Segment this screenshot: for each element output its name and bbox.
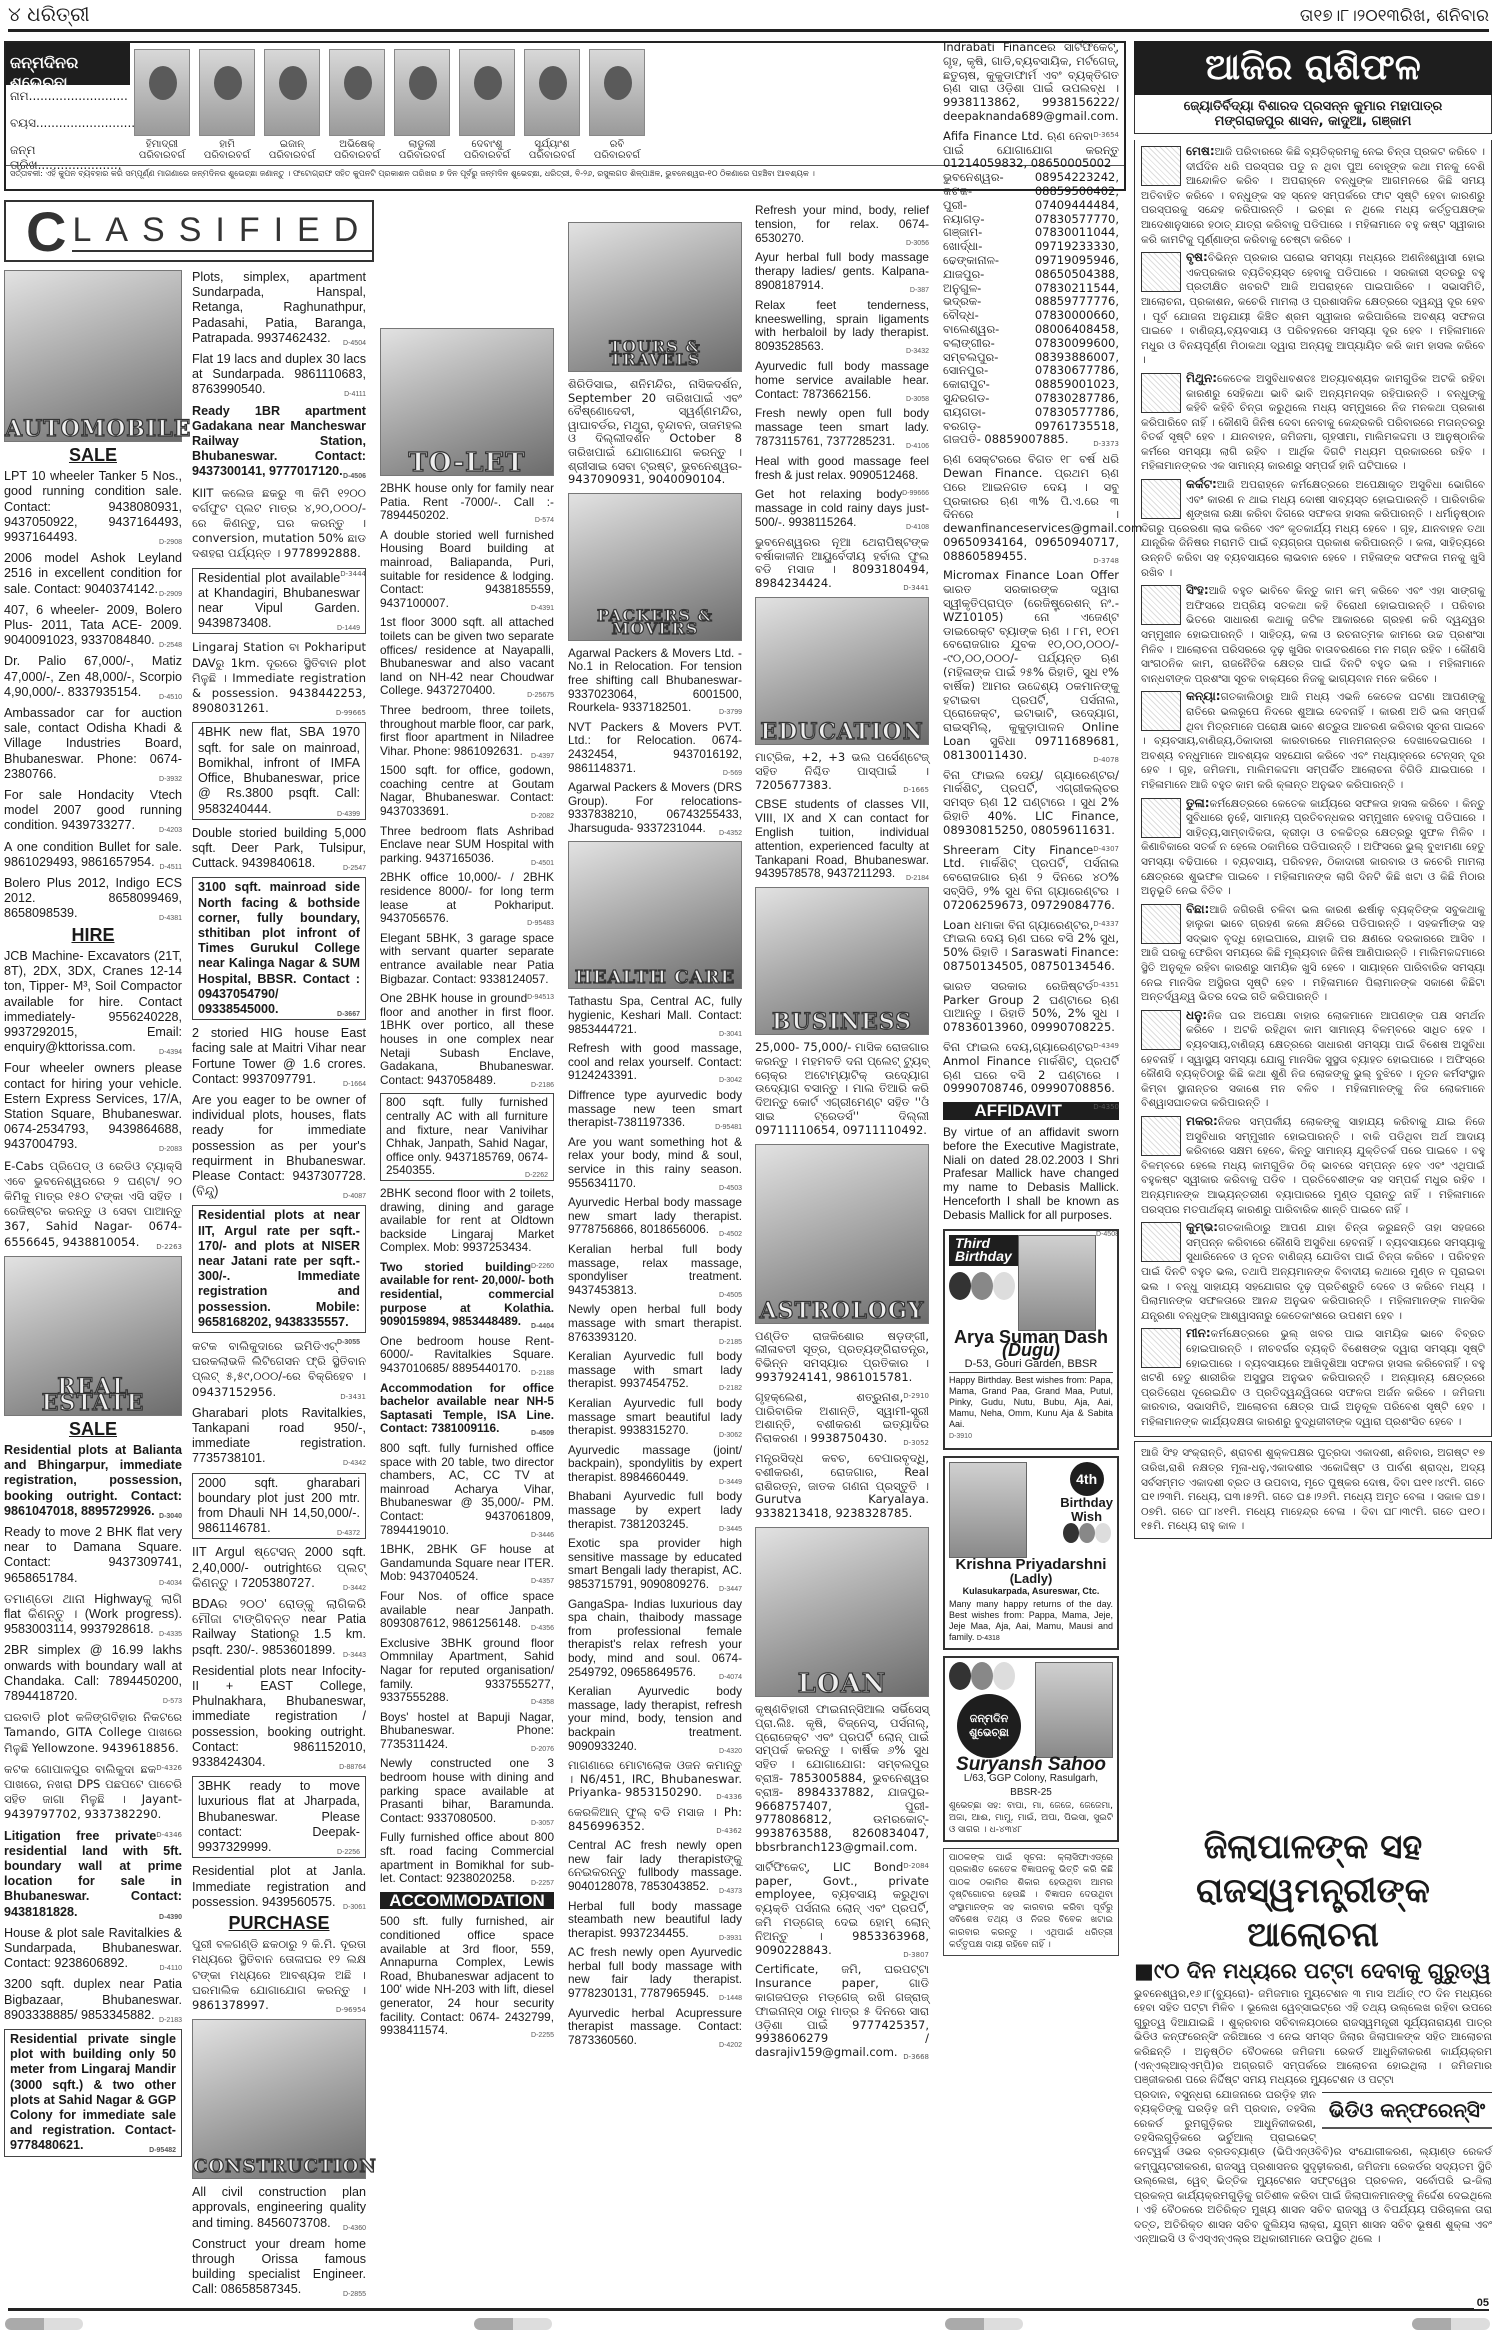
branch-row: ନୟାଗଡ଼-07830577770, xyxy=(943,213,1119,227)
wish-message: Happy Birthday. Best wishes from: Papa, … xyxy=(949,1372,1113,1430)
classified-ad: House & plot sale Ravitalkies & Sundarpa… xyxy=(4,1926,182,1972)
classified-ad: 1st floor 3000 sqft. all attached toilet… xyxy=(380,616,554,698)
child-name: Krishna Priyadarshni xyxy=(949,1558,1113,1572)
classified-ad: 2BR simplex @ 16.99 lakhs onwards with b… xyxy=(4,1643,182,1704)
health-care-image: HEALTH CARE xyxy=(568,841,742,989)
kid-photo xyxy=(199,49,255,136)
classified-ad: Herbal full body massage steambath new b… xyxy=(568,1900,742,1941)
classified-ad: Fully furnished office about 800 sft. ro… xyxy=(380,1831,554,1885)
branch-row: ସମ୍ବଲପୁର-08393886007, xyxy=(943,351,1119,365)
classified-ad: Exotic spa provider high sensitive massa… xyxy=(568,1537,742,1591)
horoscope-section: ଆଜିର ରାଶିଫଳ ଜ୍ୟୋତିର୍ବିଦ୍ୟା ବିଶାରଦ ପ୍ରସନ୍… xyxy=(1134,41,1492,1539)
child-nickname: (Ladly) xyxy=(949,1572,1113,1586)
branch-row: ଖୋର୍ଦ୍ଧା-09719233330, xyxy=(943,240,1119,254)
section-heading-accommodation: ACCOMMODATION xyxy=(380,1892,554,1910)
classified-ad: 4BHK new flat, SBA 1970 sqft. for sale o… xyxy=(192,722,366,819)
classified-ad: BDAର ୨୦୦' ରୋଡ୍‌କୁ ଲାଗିକରି ମୌଜା ଟାଙ୍ଗିବନ୍… xyxy=(192,1597,366,1658)
classified-ad: ମାଟ୍ରିକ, +2, +3 ଭଲ ପର୍ସେଣ୍ଟେଜ୍ ସହିତ ନିଶ୍… xyxy=(755,751,929,792)
classified-ad: Exclusive 3BHK ground floor Ommnilay Apa… xyxy=(380,1637,554,1705)
subheadline: ■୯୦ ଦିନ ମଧ୍ୟରେ ପଟ୍ଟା ଦେବାକୁ ଗୁରୁତ୍ୱ xyxy=(1134,1959,1492,1984)
kid-card: ରବିପରିବାରବର୍ଗ xyxy=(589,49,645,161)
classified-ad: Gharabari plots Ravitalkies, Tankapani r… xyxy=(192,1406,366,1467)
classified-ad: Ayurvedic Herbal body massage new smart … xyxy=(568,1196,742,1237)
headline-line1: ଜିଲାପାଳଙ୍କ ସହ xyxy=(1134,1825,1492,1869)
classified-ad: Shreeram City Finance Ltd. ମାର୍କଶିଟ୍ ପ୍ର… xyxy=(943,844,1119,913)
zodiac-entry: ସିଂହ:ଆଜି ବହୁତ ଭାବିବେ କିନ୍ତୁ କାମ କମ୍ କରିବ… xyxy=(1141,583,1485,686)
kid-card: ଇଜାନ୍ପରିବାରବର୍ଗ xyxy=(264,49,320,161)
classified-ad: LPT 10 wheeler Tanker 5 Nos., good runni… xyxy=(4,469,182,545)
classified-ad: Ayurvedic herbal Acupressure therapist m… xyxy=(568,2007,742,2048)
classified-ad: Residential private single plot with bui… xyxy=(4,2029,182,2157)
classified-ad: ପଣ୍ଡିତ ରାଜକିଶୋର ଷଡ଼ଙ୍ଗୀ, ଲୀଳାବତୀ ସୂତ୍ର, … xyxy=(755,1330,929,1385)
classified-ad: 2006 model Ashok Leyland 2516 in excelle… xyxy=(4,551,182,597)
aries-icon xyxy=(1141,146,1181,186)
classified-ad: Residential plots at Balianta and Bhinga… xyxy=(4,1443,182,1519)
kid-photo xyxy=(264,49,320,136)
cancer-icon xyxy=(1141,479,1181,519)
zodiac-entry: ତୁଳା:କର୍ମକ୍ଷେତ୍ରରେ କେତେକ କାର୍ଯ୍ୟରେ ସଫଳତା… xyxy=(1141,796,1485,899)
astrologer-byline: ଜ୍ୟୋତିର୍ବିଦ୍ୟା ବିଶାରଦ ପ୍ରସନ୍ନ କୁମାର ମହାପ… xyxy=(1134,95,1492,134)
classified-ad: JCB Machine- Excavators (21T, 8T), 2DX, … xyxy=(4,949,182,1055)
branch-row: ଢେଙ୍କାନାଳ-09719095946, xyxy=(943,254,1119,268)
classified-ad: 800 sqft. fully furnished office space w… xyxy=(380,1442,554,1537)
classified-ad: AC fresh newly open Ayurvedic herbal ful… xyxy=(568,1946,742,2000)
zodiac-entry: କୁମ୍ଭ:ଗତକାଲିଠାରୁ ଆପଣ ଯାହା ଚିନ୍ତା କରୁଛନ୍ତ… xyxy=(1141,1220,1485,1323)
classified-ad: Ayurvedic full body massage home service… xyxy=(755,360,929,401)
classified-ad: Residential plot available at Khandagiri… xyxy=(192,568,366,635)
classified-ad: Three bedroom, three toilets, throughout… xyxy=(380,704,554,758)
classified-ad: Keralian Ayurvedic body massage, lady th… xyxy=(568,1685,742,1753)
section-heading-hire: HIRE xyxy=(4,928,182,943)
classified-ad: Bhabani Ayurvedic full body massage by e… xyxy=(568,1490,742,1531)
classified-ad: CBSE students of classes VII, VIII, IX a… xyxy=(755,798,929,881)
classified-ad: 2BHK second floor with 2 toilets, drawin… xyxy=(380,1187,554,1255)
classified-ad: Central AC fresh newly open new fair lad… xyxy=(568,1839,742,1893)
kid-family: ପରିବାରବର୍ଗ xyxy=(134,150,190,161)
classified-ad: Diffrence type ayurvedic body massage ne… xyxy=(568,1089,742,1130)
janmadina-badge: ଜନ୍ମଦିନ ଶୁଭେଚ୍ଛା xyxy=(957,1694,1021,1758)
headline-line2: ରାଜସ୍ୱମନ୍ତ୍ରୀଙ୍କ ଆଲୋଚନା xyxy=(1134,1869,1492,1957)
classified-ad: KIIT କଲେଜ ଛକରୁ ୩ କିମି ୧୨୦୦ ବର୍ଗଫୁଟ ପ୍ଲଟ … xyxy=(192,486,366,562)
leo-icon xyxy=(1141,585,1181,625)
classified-ad: Four Nos. of office space available near… xyxy=(380,1590,554,1631)
article-paragraph: ଭୁବନେଶ୍ୱର,୧୬।୮(ବ୍ୟୁରୋ)- ଜମିଜମାର ମ୍ୟୁଟେଶନ… xyxy=(1134,1987,1492,2088)
classified-ad: ପୁରୀ ବଳଗଣ୍ଡି ଛକଠାରୁ ୨ କି.ମି. ଦୂରତା ମଧ୍ୟର… xyxy=(192,1937,366,2013)
kid-card: ଅଭିଷେକ୍ପରିବାରବର୍ଗ xyxy=(329,49,385,161)
classified-ad: 2BHK office 10,000/- / 2BHK residence 80… xyxy=(380,871,554,925)
classified-ad: Micromax Finance Loan Offer ଭାରତ ସରକାରଙ୍… xyxy=(943,569,1119,762)
page-number: 05 xyxy=(1474,2297,1489,2309)
child-address: D-53, Gouri Garden, BBSR xyxy=(949,1358,1113,1372)
classified-ad: 1500 sqft. for office, godown, coaching … xyxy=(380,764,554,818)
classified-ad: ମନ୍ତ୍ରସିଦ୍ଧ କବଚ, ବେପାରବୃଦ୍ଧି, ବଶୀକରଣ, ରୋ… xyxy=(755,1452,929,1521)
classified-ad: E-Cabs ପ୍ରିପେଡ୍ ଓ ରେଡିଓ ଟ୍ୟାକ୍ସି ଏବେ ଭୁବ… xyxy=(4,1159,182,1250)
classified-title: LASSIFIED xyxy=(72,211,372,252)
classified-ad: Keralian Ayurvedic full body massage wit… xyxy=(568,1350,742,1391)
horoscope-title: ଆଜିର ରାଶିଫଳ xyxy=(1134,41,1492,95)
birthday-wish-suryansh: ଜନ୍ମଦିନ ଶୁଭେଚ୍ଛା Suryansh Sahoo L/63, GG… xyxy=(943,1656,1119,1841)
branch-row: ପୁରୀ-07409444484, xyxy=(943,199,1119,213)
branch-row: ଗଜପତି- 08859007885.D-3373 xyxy=(943,433,1119,447)
classified-ad: One bedroom house Rent- 6000/- Ravitalki… xyxy=(380,1335,554,1376)
classified-ad: Ready 1BR apartment Gadakana near Manche… xyxy=(192,404,366,480)
classified-ad: Litigation free private residential land… xyxy=(4,1829,182,1920)
zodiac-entry: କନ୍ୟା:ଗତକାଲିଠାରୁ ଆଜି ମଧ୍ୟ ଏଭଳି କେତେକ ଘଟଣ… xyxy=(1141,689,1485,792)
classified-ad: Double storied building 5,000 sqft. Deer… xyxy=(192,826,366,872)
classified-ad: GangaSpa- Indias luxurious day spa chain… xyxy=(568,1598,742,1680)
column-finance-wishes: Indrabati Financeର ସାର୍ଟିଫିକେଟ୍, ଗୃହ, କୃ… xyxy=(943,41,1119,1956)
classified-ad: Residential plots near Infocity-II + EAS… xyxy=(192,1664,366,1770)
kid-name: ଲାଡୁଲୀ xyxy=(394,139,450,150)
kid-name: ରବି xyxy=(589,139,645,150)
classified-ad: ବିନା ଫାଇଲ ଦେୟ,ଗ୍ୟାରେଣ୍ଟର Anmol Finance ମ… xyxy=(943,1041,1119,1096)
classified-ad: Heal with good massage feel fresh & just… xyxy=(755,455,929,483)
page-scroll-pill[interactable] xyxy=(474,2318,552,2330)
classified-banner: C LASSIFIED xyxy=(4,200,374,262)
classified-ad: Boys' hostel at Bapuji Nagar, Bhubaneswa… xyxy=(380,1711,554,1752)
classified-ad: Refresh with good massage, cool and rela… xyxy=(568,1042,742,1083)
wish-message: ଶୁଭେଚ୍ଛା ସହ: ବାପା, ମା, ଜେଜେ, ଜେଜେମା, ଅଜା… xyxy=(949,1800,1113,1836)
kid-name: ଦେବାଂଶୁ xyxy=(459,139,515,150)
education-image: EDUCATION xyxy=(755,597,929,745)
classified-ad: Two storied building available for rent-… xyxy=(380,1261,554,1329)
classified-ad: 25,000- 75,000/- ମାସିକ ରୋଜଗାର କରନ୍ତୁ । ମ… xyxy=(755,1041,929,1138)
kid-name: ହିମାଦ୍ରୀ xyxy=(134,139,190,150)
classified-ad: ତମାଣ୍ଡୋ ଥାନା Highwayକୁ ଲାଗି flat କିଣନ୍ତୁ… xyxy=(4,1592,182,1638)
classified-ad: Tathastu Spa, Central AC, fully hygienic… xyxy=(568,995,742,1036)
classified-ad: ଋଣ ସେକ୍ଟରରେ ବିଗତ ୧୮ ବର୍ଷ ଧରି Dewan Finan… xyxy=(943,453,1119,563)
classified-ad: 1BHK, 2BHK GF house at Gandamunda Square… xyxy=(380,1543,554,1584)
classified-ad: All civil construction plan approvals, e… xyxy=(192,2185,366,2231)
automobile-image: AUTOMOBILE xyxy=(4,270,182,442)
branch-row: ବଲାଙ୍ଗୀର-07830099600, xyxy=(943,337,1119,351)
classified-ad: ଭାରତ ସରକାର ରେଜିଷ୍ଟର୍ଡ Parker Group 2 ଘଣ୍… xyxy=(943,980,1119,1035)
classified-initial: C xyxy=(26,199,66,264)
balloons-icon xyxy=(1060,1523,1113,1543)
section-heading-sale: SALE xyxy=(4,448,182,463)
page-footer-rule: 05 xyxy=(8,2308,1489,2311)
virgo-icon xyxy=(1141,691,1181,731)
classified-ad: କୃଷ୍ଣବିହାରୀ ଫାଇନାନ୍ସିଆଲ ସର୍ଭିସେସ୍ ପ୍ରା.ଲ… xyxy=(755,1703,929,1855)
classified-ad: ଗୃହକ୍ଲେଶ, ଶତ୍ରୁନାଶ, ପାରିବାରିକ ଅଶାନ୍ତି, ସ… xyxy=(755,1391,929,1446)
affidavit-notice: By virtue of an affidavit sworn before t… xyxy=(943,1126,1119,1223)
classified-ad: Three bedroom flats Ashribad Enclave nea… xyxy=(380,825,554,866)
birthday-wish-arya: ThirdBirthday Arya Suman Dash (Dugu) D-5… xyxy=(943,1229,1119,1450)
classified-ad: Dr. Palio 67,000/-, Matiz 47,000/-, Zen … xyxy=(4,654,182,700)
zodiac-entry: ବୃଷ:ବିଭିନ୍ନ ପ୍ରକାର ଘରୋଇ ସମସ୍ୟା ମଧ୍ୟରେ ଅଣ… xyxy=(1141,250,1485,368)
capricorn-icon xyxy=(1141,1116,1181,1156)
classified-ad: Plots, simplex, apartment Sundarpada, Ha… xyxy=(192,270,366,346)
classified-ad: ସାର୍ଟିଫିକେଟ୍, LIC Bond paper, Govt., pri… xyxy=(755,1861,929,1958)
masthead: ୪ ଧରିତ୍ରୀ ତା୧୭।୮।୨୦୧୩ରିଖ, ଶନିବାର xyxy=(8,6,1489,32)
inset-heading: ଭିଡିଓ କନ୍‌ଫରେନ୍ସିଂ xyxy=(1322,2092,1492,2129)
kid-photo xyxy=(524,49,580,136)
zodiac-entry: ମିଥୁନ:କେତେକ ଅସୁବିଧାବଶତଃ ଅତ୍ୟାବଶ୍ୟକ କାମଗୁ… xyxy=(1141,371,1485,474)
kid-photo xyxy=(589,49,645,136)
child-photo xyxy=(949,1462,1027,1558)
tours-travels-image: TOURS & TRAVELS xyxy=(568,222,742,372)
branch-row: ସୋନପୁର-07830677786, xyxy=(943,364,1119,378)
kid-name: ସୂର୍ଯ୍ୟାଂଶ xyxy=(524,139,580,150)
zodiac-entry: ମେଷ:ଆଜି ପରିବାରରେ କିଛି ବ୍ୟତିକ୍ରମକୁ ନେଇ ଚି… xyxy=(1141,144,1485,247)
branch-row: ଯାଜପୁର-08650504388, xyxy=(943,268,1119,282)
classified-ad: NVT Packers & Movers PVT. Ltd.: for Relo… xyxy=(568,721,742,775)
classified-ad: Ambassador car for auction sale, contact… xyxy=(4,706,182,782)
zodiac-entry: କର୍କଟ:ଆଜି ଅପରାହ୍ନେ କର୍ମକ୍ଷେତ୍ରରେ ଅପେକ୍ଷା… xyxy=(1141,477,1485,580)
third-birthday-badge: ThirdBirthday xyxy=(949,1235,1018,1267)
kid-family: ପରିବାରବର୍ଗ xyxy=(459,150,515,161)
classified-ad: Ayurvedic massage (joint/ backpain), spo… xyxy=(568,1444,742,1485)
child-name: Suryansh Sahoo xyxy=(949,1758,1113,1772)
classified-ad: Afifa Finance Ltd. ଋଣ ନେବା ପାଇଁ ଯୋଗାଯୋଗ … xyxy=(943,130,1119,171)
classified-ad: Fresh newly open full body massage teen … xyxy=(755,407,929,448)
taurus-icon xyxy=(1141,252,1181,292)
classified-ad: ଭୁବନେଶ୍ୱରର ନୂଆ ଥେରାପିଷ୍ଟଙ୍କ ବର୍ଷାକାଳୀନ ଆ… xyxy=(755,536,929,591)
classified-ad: Are you want something hot & relax your … xyxy=(568,1136,742,1190)
page-scroll-pill[interactable] xyxy=(5,2318,83,2330)
coupon-name-field: ନାମ.......................... xyxy=(6,85,130,112)
classified-ad: ମାଗଣାରେ ମୋଟାଲୋକ ଓଜନ କମାନ୍ତୁ । N6/451, IR… xyxy=(568,1759,742,1800)
classified-ad: Four wheeler owners please contact for h… xyxy=(4,1061,182,1152)
classified-ad: 3200 sqft. duplex near Patia Bigbazaar, … xyxy=(4,1977,182,2023)
construction-image: CONSTRUCTION xyxy=(192,2019,366,2179)
kid-photo xyxy=(329,49,385,136)
classified-ad: Newly open herbal full body massage with… xyxy=(568,1303,742,1344)
classified-ad: Flat 19 lacs and duplex 30 lacs at Sunda… xyxy=(192,352,366,398)
kid-family: ପରିବାରବର୍ଗ xyxy=(199,150,255,161)
classified-ad: Refresh your mind, body, relief tension,… xyxy=(755,204,929,245)
classified-ad: Ready to move 2 BHK flat very near to Da… xyxy=(4,1525,182,1586)
kid-photo xyxy=(459,49,515,136)
horoscope-body: ମେଷ:ଆଜି ପରିବାରରେ କିଛି ବ୍ୟତିକ୍ରମକୁ ନେଇ ଚି… xyxy=(1134,140,1492,1437)
column-automobile-realestate: AUTOMOBILE SALE LPT 10 wheeler Tanker 5 … xyxy=(4,270,182,2163)
branch-row: ସୁନ୍ଦରଗଡ-07830287786, xyxy=(943,392,1119,406)
classified-ad: Keralian Ayurvedic full body massage sma… xyxy=(568,1397,742,1438)
realestate-image: REAL ESTATE xyxy=(4,1256,182,1416)
4th-badge: 4th xyxy=(1070,1462,1104,1496)
balloons-icon xyxy=(949,1272,1018,1300)
branch-row: ଅନୁଗୁଳ-07830211544, xyxy=(943,282,1119,296)
column-travel-health: TOURS & TRAVELS ଶିରିଡିସାଇ, ଶନିମନ୍ଦିର, ନା… xyxy=(568,222,742,2053)
zodiac-entry: ମକର:ନିଜର ସମ୍ପର୍କୀୟ ଲୋକଙ୍କୁ ସାହାଯ୍ୟ କରିବା… xyxy=(1141,1114,1485,1217)
classified-ad: Relax feet tenderness, kneeswelling, spr… xyxy=(755,299,929,354)
kid-card: ଲାଡୁଲୀପରିବାରବର୍ଗ xyxy=(394,49,450,161)
afifa-branch-list: ଭୁବନେଶ୍ୱର-08954223242, କଟକ-08859500402, … xyxy=(943,171,1119,447)
page-label: ୪ ଧରିତ୍ରୀ xyxy=(8,2,90,26)
classified-ad: 2BHK house only for family near Patia. R… xyxy=(380,482,554,523)
edition-date: ତା୧୭।୮।୨୦୧୩ରିଖ, ଶନିବାର xyxy=(1300,6,1489,26)
birthday-wish-krishna: 4th Birthday Wish Krishna Priyadarshni (… xyxy=(943,1456,1119,1650)
loan-image: LOAN xyxy=(755,1527,929,1697)
classified-ad: 407, 6 wheeler- 2009, Bolero Plus- 2011,… xyxy=(4,603,182,649)
page-scroll-pill[interactable] xyxy=(1412,2318,1490,2330)
classified-ad: Accommodation for office bachelor availa… xyxy=(380,1382,554,1436)
zodiac-entry: ମୀନ:କର୍ମକ୍ଷେତ୍ରରେ ଭୁଲ୍ ଖବର ପାଇ ସାମୟିକ ଭା… xyxy=(1141,1326,1485,1429)
classified-ad: Lingaraj Station ବା Pokhariput DAVରୁ 1km… xyxy=(192,640,366,716)
classified-ad: Ayur herbal full body massage therapy la… xyxy=(755,251,929,292)
kid-card: ହିମାଦ୍ରୀପରିବାରବର୍ଗ xyxy=(134,49,190,161)
classified-ad: Agarwal Packers & Movers (DRS Group). Fo… xyxy=(568,781,742,835)
classified-ad: ଘରବାଡି plot କଳିଙ୍ଗବିହାର ନିକଟରେ Tamando, … xyxy=(4,1710,182,1756)
ad-code: D-3910 xyxy=(949,1430,1113,1444)
branch-row: ବୌଦ୍ଧ-07830000660, xyxy=(943,309,1119,323)
kid-family: ପରିବାରବର୍ଗ xyxy=(524,150,580,161)
column-education-business-loan: Refresh your mind, body, relief tension,… xyxy=(755,204,929,2066)
tolet-image: TO-LET xyxy=(380,328,554,476)
pisces-icon xyxy=(1141,1328,1181,1368)
classified-ad: 2 storied HIG house East facing sale at … xyxy=(192,1026,366,1087)
classified-ad: ବିନା ଫାଇଲ ଦେୟ/ ଗ୍ୟାରେଣ୍ଟର/ ମାର୍କଶିଟ୍, ପ୍… xyxy=(943,769,1119,838)
branch-row: ଗଞ୍ଜାମ-07830011044, xyxy=(943,226,1119,240)
classified-ad: 3BHK ready to move luxurious flat at Jha… xyxy=(192,1776,366,1858)
reader-notice: ପାଠକଙ୍କ ପାଇଁ ସୂଚନା: କ୍ଲାସିଫାଏଡ୍‌ରେ ପ୍ରକା… xyxy=(943,1848,1119,1956)
kid-family: ପରିବାରବର୍ଗ xyxy=(264,150,320,161)
kid-family: ପରିବାରବର୍ଗ xyxy=(589,150,645,161)
birthday-coupon-title: ଜନ୍ମଦିନର ଶୁଭେଚ୍ଛା xyxy=(6,43,130,85)
classified-ad: A one condition Bullet for sale. 9861029… xyxy=(4,840,182,870)
classified-ad: Residential plot at Janla. Immediate reg… xyxy=(192,1864,366,1910)
classified-ad: Indrabati Financeର ସାର୍ଟିଫିକେଟ୍, ଗୃହ, କୃ… xyxy=(943,41,1119,124)
classified-ad: Certificate, ଜମି, ଘରପଟ୍ଟା Insurance pape… xyxy=(755,1963,929,2060)
kid-card: ଦେବାଂଶୁପରିବାରବର୍ଗ xyxy=(459,49,515,161)
classified-ad: Residential plots at near IIT, Argul rat… xyxy=(192,1205,366,1333)
classified-ad: Keralian herbal full body massage, relax… xyxy=(568,1243,742,1297)
kid-family: ପରିବାରବର୍ଗ xyxy=(329,150,385,161)
kid-name: ଇଜାନ୍ xyxy=(264,139,320,150)
classified-ad: Are you eager to be owner of individual … xyxy=(192,1093,366,1199)
kid-name: ଅଭିଷେକ୍ xyxy=(329,139,385,150)
classified-ad: ଶିରିଡିସାଇ, ଶନିମନ୍ଦିର, ନାସିକଦର୍ଶନ, Septem… xyxy=(568,378,742,487)
astrology-image: ASTROLOGY xyxy=(755,1144,929,1324)
classified-ad: Loan ଧମାକା ବିନା ଗ୍ୟାରେଣ୍ଟର, ଫାଇଲ ଦେୟ ଋଣ … xyxy=(943,919,1119,974)
classified-ad: 3100 sqft. mainroad side North facing & … xyxy=(192,877,366,1020)
classified-ad: 800 sqft. fully furnished centrally AC w… xyxy=(380,1093,554,1181)
classified-ad: କେରଳିଆନ୍ ଫୁଲ୍ ବଡି ମସାଜ । Ph: 8456996352.… xyxy=(568,1806,742,1833)
gemini-icon xyxy=(1141,373,1181,413)
classified-ad: କଟକ ଗୋପାଳପୁର ବାଲିକୁଦା ଛକ ପାଖରେ, ନଖରା DPS… xyxy=(4,1762,182,1823)
child-address: Kulasukarpada, Asureswar, Ctc. xyxy=(949,1585,1113,1599)
balloons-icon xyxy=(949,1662,1029,1690)
classified-ad: Agarwal Packers & Movers Ltd. - No.1 in … xyxy=(568,647,742,715)
column-property-ads: Plots, simplex, apartment Sundarpada, Ha… xyxy=(192,270,366,2304)
badge-label: Birthday xyxy=(1060,1496,1113,1510)
branch-row: କୋରାପୁଟ-08859001023, xyxy=(943,378,1119,392)
aquarius-icon xyxy=(1141,1222,1181,1262)
column-tolet: TO-LET 2BHK house only for family near P… xyxy=(380,328,554,2044)
classified-ad: For sale Hondacity Vtech model 2007 good… xyxy=(4,788,182,834)
child-photo xyxy=(1035,1662,1113,1758)
birthday-kids-row: ହିମାଦ୍ରୀପରିବାରବର୍ଗ ହାମିପରିବାରବର୍ଗ ଇଜାନ୍ପ… xyxy=(134,49,645,161)
wish-message: Many many happy returns of the day. Best… xyxy=(949,1599,1113,1644)
classified-ad: One 2BHK house in ground floor and anoth… xyxy=(380,992,554,1087)
coupon-dob-field: ଜନ୍ମ ତାରିଖ...................... xyxy=(6,139,130,166)
badge-label: Wish xyxy=(1060,1510,1113,1524)
page-scroll-pill[interactable] xyxy=(945,2318,1023,2330)
branch-row: କଟକ-08859500402, xyxy=(943,185,1119,199)
classified-ad: Newly constructed one 3 bedroom house wi… xyxy=(380,1757,554,1825)
business-image: BUSINESS xyxy=(755,887,929,1035)
kid-card: ହାମିପରିବାରବର୍ଗ xyxy=(199,49,255,161)
scorpio-icon xyxy=(1141,904,1181,944)
classified-ad: A double storied well furnished Housing … xyxy=(380,529,554,611)
child-address: L/63, GGP Colony, Rasulgarh, BBSR-25 xyxy=(949,1772,1113,1800)
section-heading-sale: SALE xyxy=(4,1422,182,1437)
kid-family: ପରିବାରବର୍ଗ xyxy=(394,150,450,161)
child-photo xyxy=(1018,1235,1096,1331)
classified-ad: 500 sft. fully furnished, air conditione… xyxy=(380,1915,554,2037)
branch-row: ବରଗଡ଼-09761735518, xyxy=(943,420,1119,434)
kid-card: ସୂର୍ଯ୍ୟାଂଶପରିବାରବର୍ଗ xyxy=(524,49,580,161)
kid-name: ହାମି xyxy=(199,139,255,150)
news-article: ଜିଲାପାଳଙ୍କ ସହ ରାଜସ୍ୱମନ୍ତ୍ରୀଙ୍କ ଆଲୋଚନା ■୯… xyxy=(1134,1825,1492,2246)
classified-ad: Bolero Plus 2012, Indigo ECS 2012. 86580… xyxy=(4,876,182,922)
zodiac-entry: ବିଛା:ଆଜି ଜଗିରଖି ଚଳିବା ଭଲ କାରଣ ଈର୍ଷାଳୁ ବ୍… xyxy=(1141,902,1485,1005)
classified-ad: Elegant 5BHK, 3 garage space with servan… xyxy=(380,932,554,986)
branch-row: ରାୟଗଡା-07830577786, xyxy=(943,406,1119,420)
sagittarius-icon xyxy=(1141,1010,1181,1050)
packers-movers-image: PACKERS & MOVERS xyxy=(568,493,742,641)
kid-photo xyxy=(394,49,450,136)
coupon-age-field: ବୟସ.......................... xyxy=(6,112,130,139)
libra-icon xyxy=(1141,798,1181,838)
classified-ad: IIT Argul ଷ୍ଟେସନ୍ 2000 sqft. 2,40,000/- … xyxy=(192,1545,366,1591)
classified-ad: Construct your dream home through Orissa… xyxy=(192,2237,366,2298)
panjika-box: ଆଜି ସିଂହ ସଂକ୍ରାନ୍ତି, ଶ୍ରାବଣ ଶୁକ୍ଳପକ୍ଷର ପ… xyxy=(1134,1441,1492,1539)
kid-photo xyxy=(134,49,190,136)
branch-row: ଭଦ୍ରକ-08859777776, xyxy=(943,295,1119,309)
classified-ad: 2000 sqft. gharabari boundary plot just … xyxy=(192,1473,366,1540)
section-heading-purchase: PURCHASE xyxy=(192,1916,366,1931)
zodiac-entry: ଧନୁ:ନିଜ ଘର ଅପେକ୍ଷା ବାହାର ଲୋକମାନେ ଆପଣଙ୍କ … xyxy=(1141,1008,1485,1111)
branch-row: ଭୁବନେଶ୍ୱର-08954223242, xyxy=(943,171,1119,185)
branch-row: ବାଲେଶ୍ୱର-08006408458, xyxy=(943,323,1119,337)
